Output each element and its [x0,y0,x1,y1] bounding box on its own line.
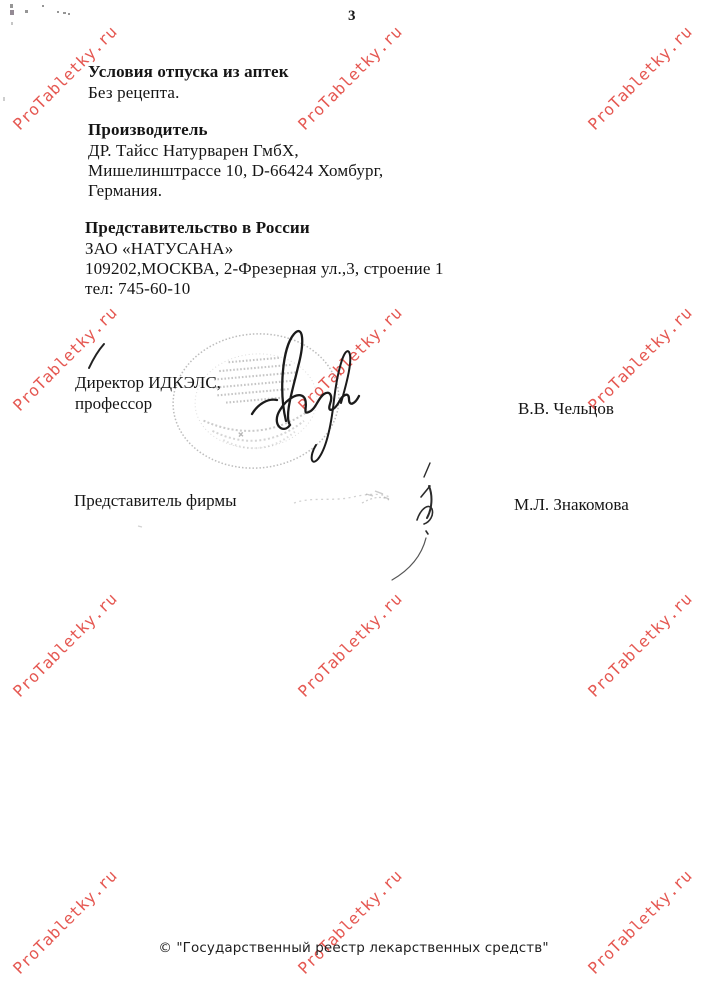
text-line: Германия. [88,181,383,201]
watermark-text: ProTabletky.ru [294,22,406,134]
text-line: Мишелинштрассе 10, D-66424 Хомбург, [88,161,383,181]
section-heading: Представительство в России [85,218,444,238]
watermark-text: ProTabletky.ru [9,589,121,701]
text-line: ЗАО «НАТУСАНА» [85,239,444,259]
pen-mark [89,344,104,368]
signature-rep-ink [392,463,433,580]
scan-speck [10,10,14,15]
section-representative-office: Представительство в России ЗАО «НАТУСАНА… [85,218,444,299]
scan-speck [63,12,66,14]
watermark-text: ProTabletky.ru [294,589,406,701]
scan-speck [25,10,28,13]
text-line: Без рецепта. [88,83,289,103]
section-manufacturer: Производитель ДР. Тайсс Натурварен ГмбХ,… [88,120,383,201]
director-name: В.В. Чельцов [518,399,614,419]
section-heading: Производитель [88,120,383,140]
text-line: 109202,МОСКВА, 2-Фрезерная ул.,3, строен… [85,259,444,279]
scan-speck [10,4,13,8]
director-title: Директор ИДКЭЛС, профессор [75,372,221,414]
watermark-text: ProTabletky.ru [294,866,406,978]
section-dispensing: Условия отпуска из аптек Без рецепта. [88,62,289,103]
watermark-text: ProTabletky.ru [584,22,696,134]
text-line: профессор [75,393,221,414]
scan-speck [68,13,70,15]
section-heading: Условия отпуска из аптек [88,62,289,82]
scan-speck [3,97,5,101]
text-line: ДР. Тайсс Натурварен ГмбХ, [88,141,383,161]
document-page: ProTabletky.ru ProTabletky.ru ProTabletk… [0,0,707,1000]
watermark-text: ProTabletky.ru [9,866,121,978]
text-line: тел: 745-60-10 [85,279,444,299]
watermark-text: ProTabletky.ru [584,866,696,978]
watermark-text: ProTabletky.ru [584,589,696,701]
representative-title: Представитель фирмы [74,491,237,511]
scan-speck [57,11,59,13]
scan-speck [42,5,44,7]
scan-speck [11,22,13,25]
representative-name: М.Л. Знакомова [514,495,629,515]
text-line: Директор ИДКЭЛС, [75,372,221,393]
footer-copyright: © "Государственный реестр лекарственных … [0,940,707,956]
page-number: 3 [348,8,357,25]
